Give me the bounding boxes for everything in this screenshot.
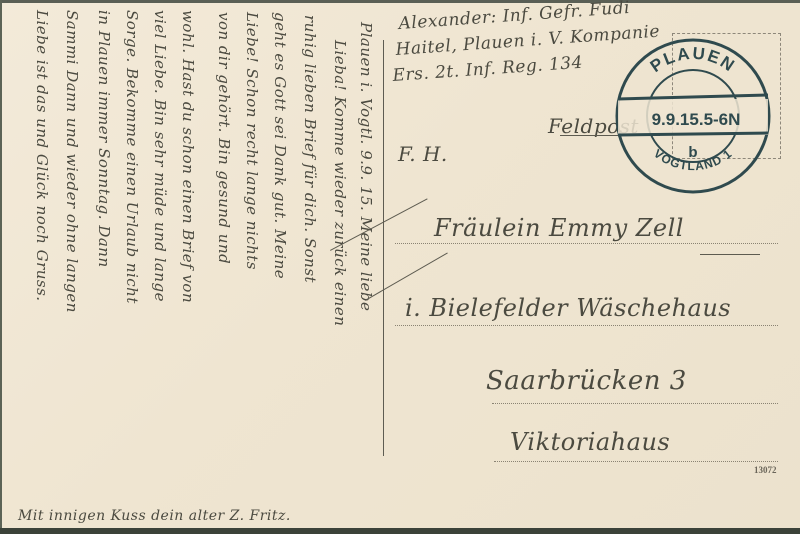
message-column-3: ruhig lieben Brief für dich. Sonst bbox=[300, 15, 320, 283]
message-column-11: Sammi Dann und wieder ohne langen bbox=[62, 10, 82, 313]
card-left-edge bbox=[0, 0, 2, 530]
recipient-name: Fräulein Emmy Zell bbox=[434, 214, 684, 242]
message-column-5: Liebe! Schon recht lange nichts bbox=[242, 12, 262, 270]
message-column-4: geht es Gott sei Dank gut. Meine bbox=[270, 12, 290, 279]
message-column-8: viel Liebe. Bin sehr müde und lange bbox=[150, 10, 170, 302]
message-column-12: Liebe ist das und Glück noch Gruss. bbox=[32, 10, 52, 302]
postcard-back: Plauen i. Vogtl. 9.9. 15. Meine liebe Li… bbox=[0, 0, 800, 530]
message-column-7: wohl. Hast du schon einen Brief von bbox=[178, 10, 198, 303]
message-closing: Mit innigen Kuss dein alter Z. Fritz. bbox=[18, 508, 291, 524]
card-top-edge bbox=[0, 0, 800, 3]
message-column-1: Plauen i. Vogtl. 9.9. 15. Meine liebe bbox=[356, 22, 376, 311]
catalog-number: 13072 bbox=[754, 465, 777, 475]
recipient-company: i. Bielefelder Wäschehaus bbox=[405, 294, 731, 322]
message-column-2: Lieba! Komme wieder zurück einen bbox=[330, 40, 350, 326]
name-underline bbox=[700, 254, 760, 255]
recipient-street: Viktoriahaus bbox=[510, 428, 670, 456]
center-divider bbox=[383, 40, 384, 456]
recipient-city: Saarbrücken 3 bbox=[486, 366, 687, 396]
address-line-1 bbox=[395, 243, 778, 244]
postmark-letter: b bbox=[688, 144, 697, 161]
message-column-10: in Plauen immer Sonntag. Dann bbox=[94, 10, 114, 268]
message-column-6: von dir gehört. Bin gesund und bbox=[214, 12, 234, 264]
address-line-2 bbox=[395, 325, 778, 326]
address-line-4 bbox=[494, 461, 778, 462]
postmark-date: 9.9.15.5-6N bbox=[652, 110, 741, 129]
card-bottom-edge bbox=[0, 528, 800, 534]
message-column-9: Sorge. Bekomme einen Urlaub nicht bbox=[122, 10, 142, 304]
address-prefix: F. H. bbox=[398, 142, 448, 166]
postmark-icon: PLAUEN 9.9.15.5-6N b VOGTLAND 1 bbox=[614, 37, 772, 195]
address-line-3 bbox=[492, 403, 778, 404]
